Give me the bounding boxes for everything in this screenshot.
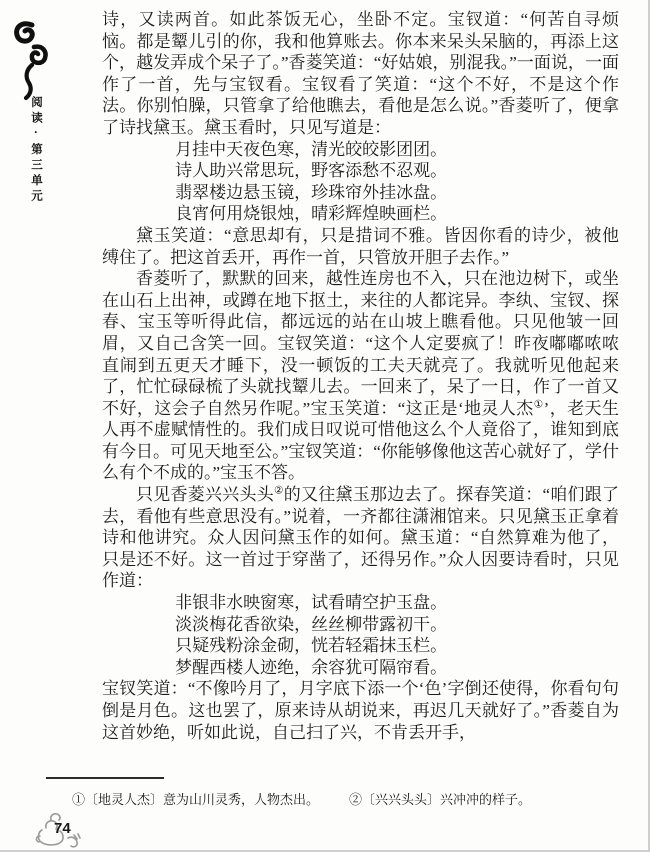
poem-line: 梦醒西楼人迹绝，余容犹可隔帘看。	[175, 657, 619, 679]
poem-line: 翡翠楼边悬玉镜，珍珠帘外挂冰盘。	[175, 182, 619, 204]
footnote-ref: ①	[534, 399, 544, 410]
footnote-item: ②〔兴兴头头〕兴冲冲的样子。	[349, 791, 531, 808]
paragraph: 诗，又读两首。如此茶饭无心，坐卧不定。宝钗道：“何苦自寻烦恼。都是颦儿引的你，我…	[102, 9, 619, 139]
page-number: 74	[54, 820, 71, 837]
main-text: 诗，又读两首。如此茶饭无心，坐卧不定。宝钗道：“何苦自寻烦恼。都是颦儿引的你，我…	[102, 9, 619, 743]
poem: 月挂中天夜色寒，清光皎皎影团团。诗人助兴常思玩，野客添愁不忍观。翡翠楼边悬玉镜，…	[102, 139, 619, 225]
sidebar-unit-label: 阅读·第三单元	[28, 96, 44, 205]
paragraph: 香菱听了，默默的回来，越性连房也不入，只在池边树下，或坐在山石上出神，或蹲在地下…	[102, 268, 619, 484]
paragraph: 黛玉笑道：“意思却有，只是措词不雅。皆因你看的诗少，被他缚住了。把这首丢开，再作…	[102, 225, 619, 268]
poem-line: 月挂中天夜色寒，清光皎皎影团团。	[175, 139, 619, 161]
footnote-rule	[46, 777, 164, 779]
footnotes: ①〔地灵人杰〕意为山川灵秀，人物杰出。②〔兴兴头头〕兴冲冲的样子。	[72, 791, 617, 808]
footnote-item: ①〔地灵人杰〕意为山川灵秀，人物杰出。	[72, 791, 319, 808]
poem-line: 淡淡梅花香欲染，丝丝柳带露初干。	[175, 614, 619, 636]
footnote-ref: ②	[274, 485, 284, 496]
poem-line: 非银非水映窗寒，试看晴空护玉盘。	[175, 592, 619, 614]
poem-line: 只疑残粉涂金砌，恍若轻霜抹玉栏。	[175, 635, 619, 657]
poem-line: 良宵何用烧银烛，晴彩辉煌映画栏。	[175, 203, 619, 225]
paragraph: 宝钗笑道：“不像吟月了，月字底下添一个‘色’字倒还使得，你看句句倒是月色。这也罢…	[102, 678, 619, 743]
poem: 非银非水映窗寒，试看晴空护玉盘。淡淡梅花香欲染，丝丝柳带露初干。只疑残粉涂金砌，…	[102, 592, 619, 678]
page-footer: 74	[34, 808, 94, 850]
poem-line: 诗人助兴常思玩，野客添愁不忍观。	[175, 160, 619, 182]
book-page: 阅读·第三单元 诗，又读两首。如此茶饭无心，坐卧不定。宝钗道：“何苦自寻烦恼。都…	[0, 0, 650, 852]
paragraph: 只见香菱兴兴头头②的又往黛玉那边去了。探春笑道：“咱们跟了去，看他有些意思没有。…	[102, 484, 619, 592]
